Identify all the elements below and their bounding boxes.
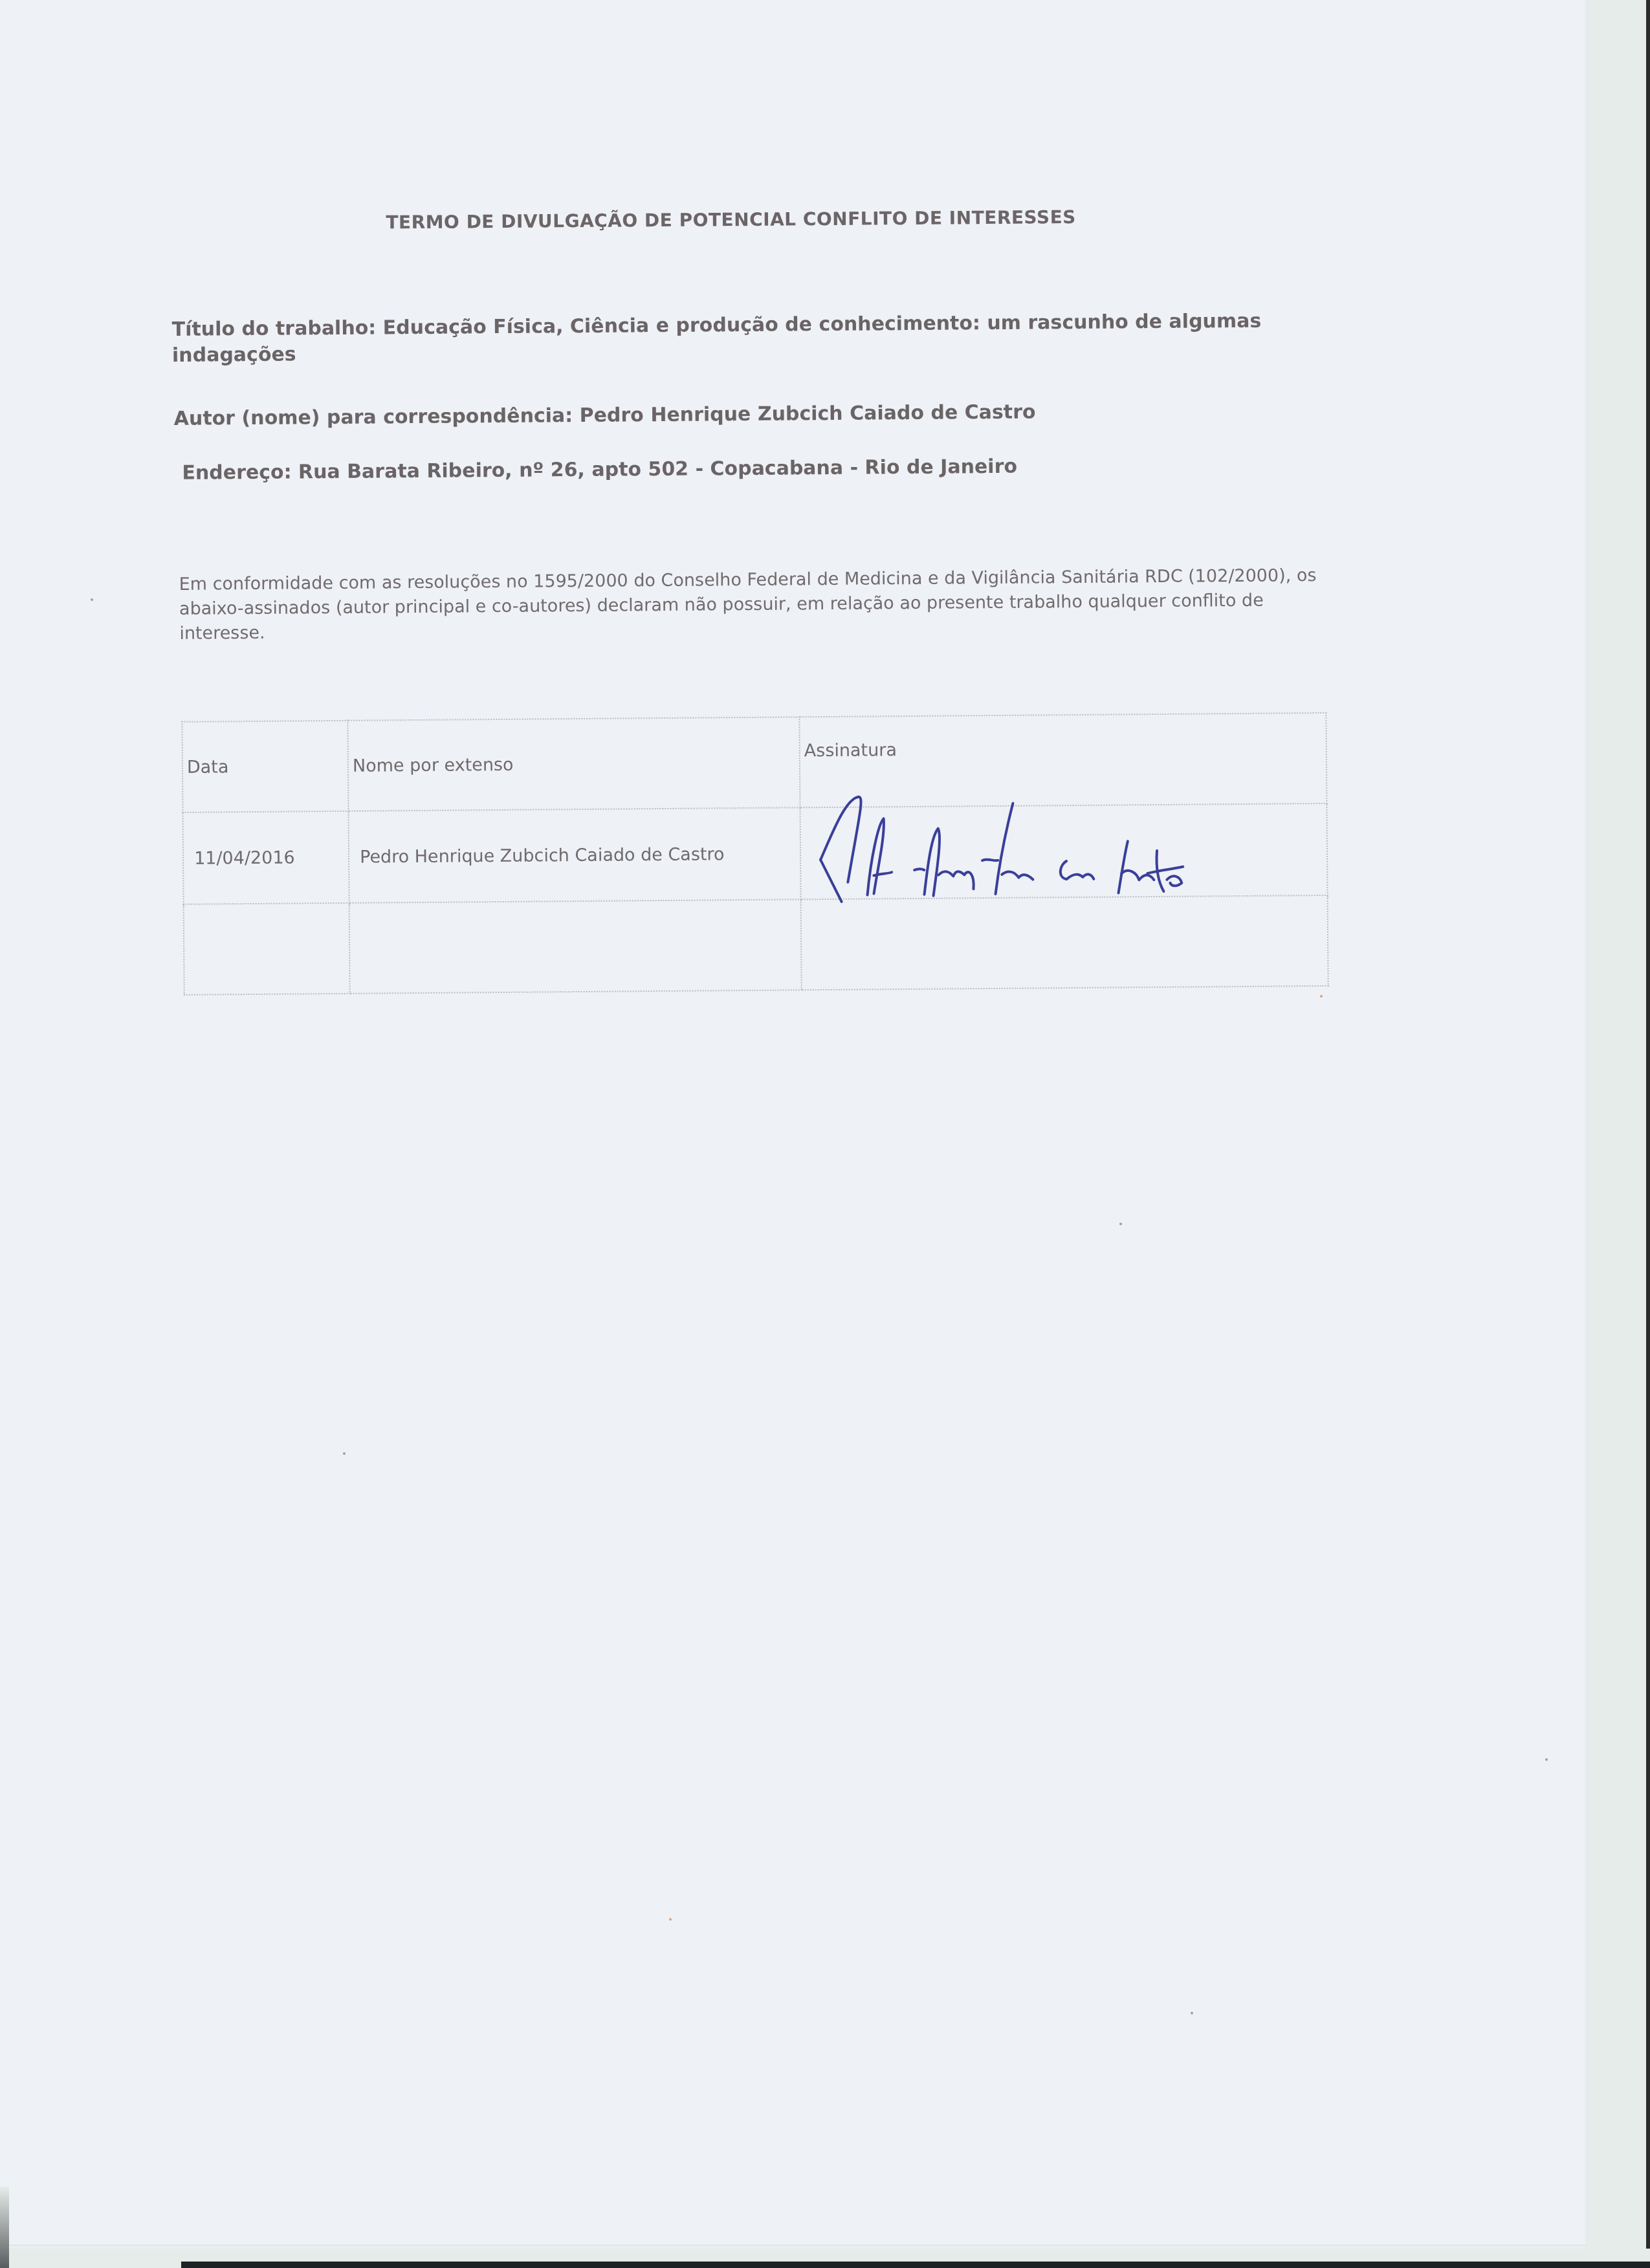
header-name-label: Nome por extenso bbox=[353, 754, 514, 776]
author-field: Autor (nome) para correspondência: Pedro… bbox=[174, 399, 1036, 431]
document-content: TERMO DE DIVULGAÇÃO DE POTENCIAL CONFLIT… bbox=[0, 0, 1640, 2246]
dust-speck bbox=[1191, 2012, 1193, 2014]
header-date-label: Data bbox=[187, 757, 229, 778]
header-signature-label: Assinatura bbox=[804, 740, 897, 761]
dust-speck bbox=[1320, 995, 1323, 998]
scanned-page: TERMO DE DIVULGAÇÃO DE POTENCIAL CONFLIT… bbox=[0, 0, 1624, 2245]
scanner-edge-bottom bbox=[181, 2262, 1650, 2268]
work-title-field: Título do trabalho: Educação Física, Ciê… bbox=[171, 309, 1272, 369]
dust-speck bbox=[1119, 1223, 1122, 1225]
scanner-shadow-left bbox=[0, 2186, 9, 2268]
scanner-margin-right bbox=[1585, 0, 1650, 2268]
row-signature-cell bbox=[801, 895, 1328, 990]
row-name-cell bbox=[349, 899, 802, 993]
dust-speck bbox=[343, 1452, 346, 1455]
row-name-cell: Pedro Henrique Zubcich Caiado de Castro bbox=[349, 807, 801, 902]
row-name: Pedro Henrique Zubcich Caiado de Castro bbox=[353, 844, 725, 867]
table-row bbox=[184, 895, 1328, 995]
declaration-paragraph: Em conformidade com as resoluções no 159… bbox=[179, 563, 1332, 646]
header-name: Nome por extenso bbox=[347, 717, 800, 811]
row-date: 11/04/2016 bbox=[188, 847, 295, 868]
dust-speck bbox=[669, 1918, 672, 1921]
row-date-cell: 11/04/2016 bbox=[183, 811, 349, 904]
handwritten-signature-icon bbox=[794, 775, 1325, 902]
address-field: Endereço: Rua Barata Ribeiro, nº 26, apt… bbox=[182, 454, 1017, 486]
row-signature-cell bbox=[800, 803, 1327, 899]
document-title: TERMO DE DIVULGAÇÃO DE POTENCIAL CONFLIT… bbox=[386, 206, 1076, 233]
scanner-edge-right bbox=[1646, 0, 1650, 2268]
dust-speck bbox=[1545, 1758, 1548, 1761]
dust-speck bbox=[91, 598, 93, 601]
header-date: Data bbox=[182, 721, 348, 812]
signature-table: Data Nome por extenso Assinatura 11/04/2… bbox=[181, 712, 1328, 996]
row-date-cell bbox=[184, 903, 350, 995]
table-row: 11/04/2016 Pedro Henrique Zubcich Caiado… bbox=[183, 803, 1328, 904]
